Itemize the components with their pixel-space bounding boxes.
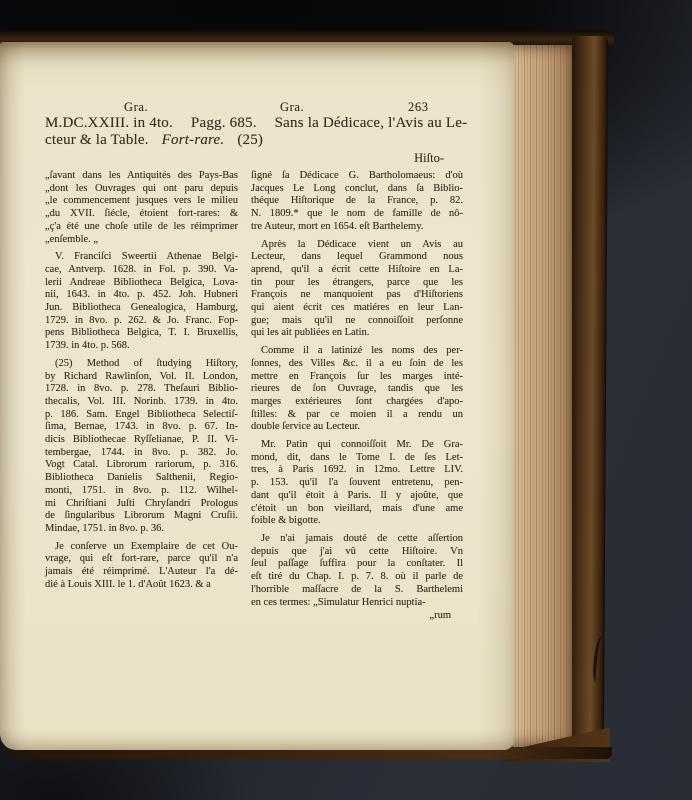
running-head-left: Gra. <box>124 100 148 115</box>
text-line: mi Chriſtiani Juſti Chryſandri Prologus <box>45 498 238 511</box>
text-line: dant qu'il étoit à Paris. Il y ajoûte, q… <box>251 490 463 503</box>
heading-pagination: Pagg. 685. <box>191 115 257 132</box>
text-line: monti, 1751. in 8vo. p. 112. Wilhel- <box>45 485 238 498</box>
text-line: „du XVII. ſiécle, étoient fort-rares: & <box>45 208 238 221</box>
text-line: Comme il a latinizé les noms des per- <box>251 345 463 358</box>
entry-heading-line1: M.DC.XXIII. in 4to. Pagg. 685. Sans la D… <box>45 115 467 132</box>
text-line: qui les ait publiées en Latin. <box>251 327 463 340</box>
text-line: tre Auteur, mort en 1654. eſt Barthelemy… <box>251 221 463 234</box>
text-line: double ſervice au Lecteur. <box>251 421 463 434</box>
text-line: c'étoit un bon vieillard, mais d'une ame <box>251 503 463 516</box>
paragraph-quote-continuation: „ſavant dans les Antiquités des Pays-Bas… <box>45 170 238 246</box>
text-line: Mindae, 1751. in 8vo. p. 36. <box>45 523 238 536</box>
text-line: mettre en François ſur les marges inté- <box>251 371 463 384</box>
text-line: by Richard Rawlinſon, Vol. II. London, <box>45 371 238 384</box>
text-line: ſima, Bernae, 1743. in 8vo. p. 67. In- <box>45 421 238 434</box>
paragraph-assertion: Je n'ai jamais douté de cette aſſertiond… <box>251 533 463 609</box>
text-line: „enſemble. „ <box>45 234 238 247</box>
text-line: „ſavant dans les Antiquités des Pays-Bas <box>45 170 238 183</box>
text-line: cae, Antverp. 1628. in Fol. p. 390. Va- <box>45 264 238 277</box>
text-line: 1728. in 8vo. p. 278. Theſauri Biblio- <box>45 383 238 396</box>
paragraph-exemplaire: Je conſerve un Exemplaire de cet Ou-vrag… <box>45 541 238 592</box>
paragraph-footnote-25: (25) Method of ſtudying Hiſtory,by Richa… <box>45 358 238 536</box>
catchword-histo: Hiſto- <box>0 151 444 166</box>
book-fore-edge-pages <box>512 45 572 747</box>
book-page: Gra. Gra. 263 M.DC.XXIII. in 4to. Pagg. … <box>0 42 514 750</box>
heading-collation: Sans la Dédicace, l'Avis au Le- <box>275 115 468 132</box>
heading-rarity-note: Fort-rare. <box>162 132 225 149</box>
text-line: Jun. Bibliotheca Genealogica, Hamburg, <box>45 302 238 315</box>
heading-date: M.DC.XXIII. in 4to. <box>45 115 173 132</box>
text-line: tin pour les étrangers, parce que les <box>251 277 463 290</box>
text-column-right: ſigné ſa Dédicace G. Bartholomaeus: d'où… <box>251 170 463 623</box>
paragraph-avis: Après la Dédicace vient un Avis auLecteu… <box>251 239 463 341</box>
text-line: „ç'a été une choſe utile de les réimprim… <box>45 221 238 234</box>
paragraph-references-1: V. Franciſci Sweertii Athenae Belgi-cae,… <box>45 251 238 353</box>
text-line: ſtilles: & par ce moien il a rendu un <box>251 409 463 422</box>
text-line: qui aient écrit ces matiéres en leur Lan… <box>251 302 463 315</box>
text-line: vrage, qui eſt fort-rare, parce qu'il n'… <box>45 553 238 566</box>
text-line: aprend, qu'il a écrit cette Hiſtoire en … <box>251 264 463 277</box>
text-line: „le commencement jusques vers le milieu <box>45 195 238 208</box>
text-line: l'horrible maſſacre de la S. Barthelemi <box>251 584 463 597</box>
text-line: (25) Method of ſtudying Hiſtory, <box>45 358 238 371</box>
paragraph-marges: Comme il a latinizé les noms des per-ſon… <box>251 345 463 434</box>
text-line: ſigné ſa Dédicace G. Bartholomaeus: d'où <box>251 170 463 183</box>
text-line: Je conſerve un Exemplaire de cet Ou- <box>45 541 238 554</box>
text-line: p. 153. qu'il l'a ſouvent entretenu, pen… <box>251 477 463 490</box>
text-line: théque Hiſtorique de la France, p. 82. <box>251 195 463 208</box>
text-line: nii, 1643. in 4to. p. 452. Joh. Hubneri <box>45 289 238 302</box>
text-line: dicis Bibliothecae Ryſſelianae, P. II. V… <box>45 434 238 447</box>
running-head-right: Gra. <box>280 100 304 115</box>
text-line: thecalis, Vol. III. Norinb. 1739. in 4to… <box>45 396 238 409</box>
text-line: Bibliotheca Danielis Salthenii, Regio- <box>45 472 238 485</box>
text-line: Lecteur, dans lequel Grammond nous <box>251 251 463 264</box>
text-line: ſeul paſſage ſuffira pour la conſtater. … <box>251 558 463 571</box>
text-line: eſt tiré du Chap. I. p. 7. 8. où il parl… <box>251 571 463 584</box>
text-line: p. 186. Sam. Engel Bibliotheca Selectiſ- <box>45 409 238 422</box>
text-line: de ſingularibus Librorum Magni Cruſii. <box>45 510 238 523</box>
paragraph-patin: Mr. Patin qui connoiſſoit Mr. De Gra-mon… <box>251 439 463 528</box>
text-line: marges extérieures ſont chargées d'apo- <box>251 396 463 409</box>
text-line: gue; mais qu'il ne connoiſſoit perſonne <box>251 315 463 328</box>
heading-footnote-ref: (25) <box>237 132 263 149</box>
text-line: dié à Louis XIII. le 1. d'Août 1623. & a <box>45 579 238 592</box>
text-line: depuis que j'ai vû cette Hiſtoire. Vn <box>251 546 463 559</box>
paragraph-dedicace: ſigné ſa Dédicace G. Bartholomaeus: d'où… <box>251 170 463 234</box>
photo-backdrop: Gra. Gra. 263 M.DC.XXIII. in 4to. Pagg. … <box>0 0 692 800</box>
catchword-rum: „rum <box>251 610 463 623</box>
text-line: foible & bigotte. <box>251 515 463 528</box>
text-line: 1739. in 4to. p. 568. <box>45 340 238 353</box>
text-column-left: „ſavant dans les Antiquités des Pays-Bas… <box>45 170 238 623</box>
text-line: Jacques Le Long conclut, dans ſa Biblio- <box>251 183 463 196</box>
heading-collation-cont: cteur & la Table. <box>45 132 149 149</box>
text-line: rieures de ſon Ouvrage, tandis que les <box>251 383 463 396</box>
text-line: Vogt Catal. Librorum rariorum, p. 316. <box>45 459 238 472</box>
text-line: tres, à Paris 1692. in 12mo. Lettre LIV. <box>251 464 463 477</box>
page-number: 263 <box>408 100 429 115</box>
text-line: tembergae, 1744. in 8vo. p. 382. Jo. <box>45 447 238 460</box>
text-line: en ces termes: „Simulatur Henrici nuptia… <box>251 597 463 610</box>
entry-heading-line2: cteur & la Table. Fort-rare. (25) <box>45 132 263 149</box>
text-line: V. Franciſci Sweertii Athenae Belgi- <box>45 251 238 264</box>
text-columns: „ſavant dans les Antiquités des Pays-Bas… <box>45 170 463 623</box>
text-line: 1729. in 8vo. p. 262. & Jo. Franc. Fop- <box>45 315 238 328</box>
text-line: lerii Andreae Bibliotheca Belgica, Lova- <box>45 277 238 290</box>
text-line: N. 1809.* que le nom de famille de nô- <box>251 208 463 221</box>
text-line: pens Bibliotheca Belgica, T. I. Bruxelli… <box>45 327 238 340</box>
text-line: „dont les Ouvrages qui ont paru depuis <box>45 183 238 196</box>
text-line: Mr. Patin qui connoiſſoit Mr. De Gra- <box>251 439 463 452</box>
text-line: mond, dit, dans le Tome I. de ſes Let- <box>251 452 463 465</box>
text-line: ſonnes, des Villes &c. il a eu ſoin de l… <box>251 358 463 371</box>
text-line: Après la Dédicace vient un Avis au <box>251 239 463 252</box>
text-line: François ne manquoient pas d'Hiſtoriens <box>251 289 463 302</box>
text-line: Je n'ai jamais douté de cette aſſertion <box>251 533 463 546</box>
text-line: jamais été réimprimé. L'Auteur l'a dé- <box>45 566 238 579</box>
